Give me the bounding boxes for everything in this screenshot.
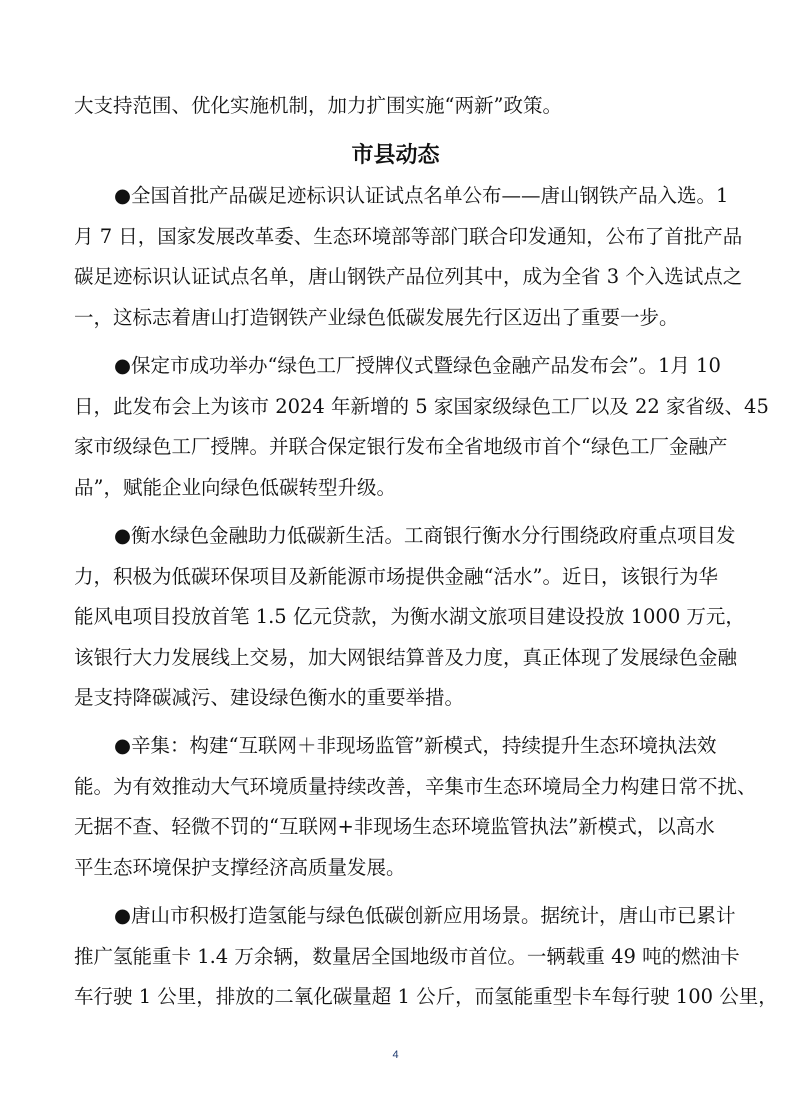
page-number: 4: [0, 1049, 791, 1061]
paragraph-line: 家市级绿色工厂授牌。并联合保定银行发布全省地级市首个“绿色工厂金融产: [74, 435, 714, 459]
paragraph-line: 能。为有效推动大气环境质量持续改善，辛集市生态环境局全力构建日常不扰、: [74, 775, 714, 799]
paragraph-line: 一，这标志着唐山打造钢铁产业绿色低碳发展先行区迈出了重要一步。: [74, 306, 714, 330]
paragraph-line: 月 7 日，国家发展改革委、生态环境部等部门联合印发通知，公布了首批产品: [74, 225, 714, 249]
paragraph-line: ●保定市成功举办“绿色工厂授牌仪式暨绿色金融产品发布会”。1月 10: [114, 354, 754, 378]
paragraph-line: 能风电项目投放首笔 1.5 亿元贷款，为衡水湖文旅项目建设投放 1000 万元，: [74, 605, 714, 629]
paragraph-line: 平生态环境保护支撑经济高质量发展。: [74, 856, 714, 880]
paragraph-line: 品”，赋能企业向绿色低碳转型升级。: [74, 476, 714, 500]
paragraph-line: ●全国首批产品碳足迹标识认证试点名单公布——唐山钢铁产品入选。1: [114, 184, 754, 208]
paragraph-line: 该银行大力发展线上交易，加大网银结算普及力度，真正体现了发展绿色金融: [74, 646, 714, 670]
paragraph-line: 力，积极为低碳环保项目及新能源市场提供金融“活水”。近日，该银行为华: [74, 565, 714, 589]
paragraph-line: 无据不查、轻微不罚的“互联网+非现场生态环境监管执法”新模式，以高水: [74, 815, 714, 839]
paragraph-line: ●辛集：构建“互联网＋非现场监管”新模式，持续提升生态环境执法效: [114, 734, 754, 758]
paragraph-line: 车行驶 1 公里，排放的二氧化碳量超 1 公斤，而氢能重型卡车每行驶 100 公…: [74, 985, 714, 1009]
section-title: 市县动态: [0, 143, 791, 169]
paragraph-line: ●衡水绿色金融助力低碳新生活。工商银行衡水分行围绕政府重点项目发: [114, 524, 754, 548]
paragraph-line: ●唐山市积极打造氢能与绿色低碳创新应用场景。据统计，唐山市已累计: [114, 904, 754, 928]
paragraph-continuation: 大支持范围、优化实施机制，加力扩围实施“两新”政策。: [74, 94, 714, 118]
paragraph-line: 日，此发布会上为该市 2024 年新增的 5 家国家级绿色工厂以及 22 家省级…: [74, 395, 714, 419]
paragraph-line: 是支持降碳减污、建设绿色衡水的重要举措。: [74, 686, 714, 710]
paragraph-line: 推广氢能重卡 1.4 万余辆，数量居全国地级市首位。一辆载重 49 吨的燃油卡: [74, 945, 714, 969]
paragraph-line: 碳足迹标识认证试点名单，唐山钢铁产品位列其中，成为全省 3 个入选试点之: [74, 265, 714, 289]
document-page: 大支持范围、优化实施机制，加力扩围实施“两新”政策。 市县动态 ●全国首批产品碳…: [0, 0, 791, 1120]
